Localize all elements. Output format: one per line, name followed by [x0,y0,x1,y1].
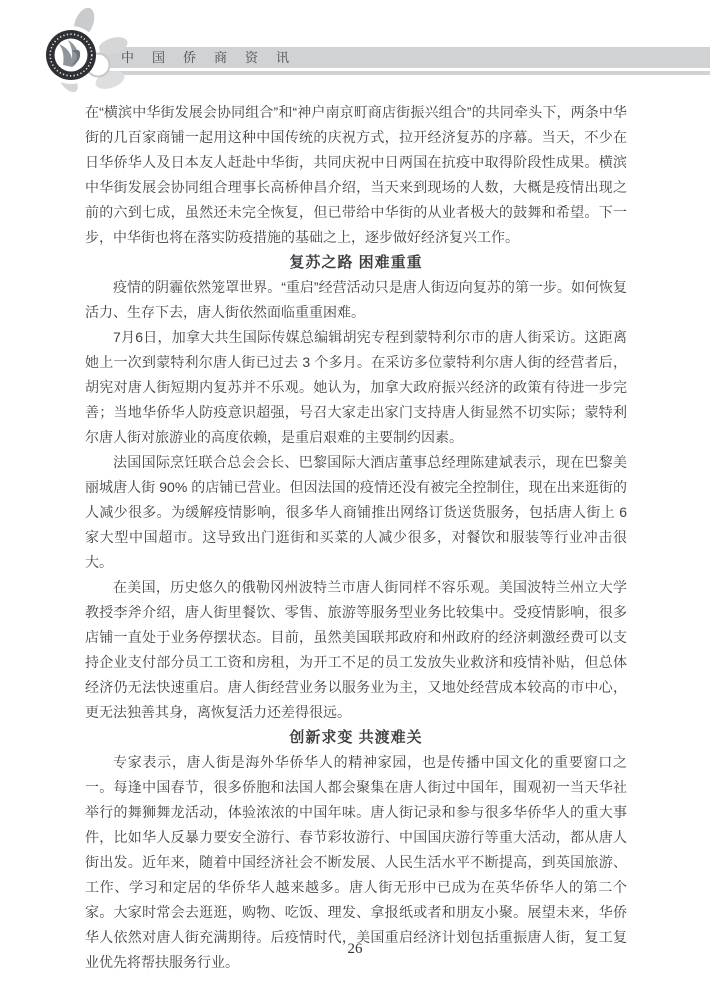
paragraph: 在“横滨中华街发展会协同组合”和“神户南京町商店街振兴组合”的共同牵头下，两条中… [85,100,627,250]
paragraph: 疫情的阴霾依然笼罩世界。“重启”经营活动只是唐人街迈向复苏的第一步。如何恢复活力… [85,275,627,325]
header-band-thin [106,71,710,75]
magazine-page: 中国侨商资讯 在“横滨中华街发展会协同组合”和“神户南京町商店街振兴组合”的共同… [0,0,710,994]
page-number: 26 [0,941,710,958]
badge-emblem-icon [28,4,143,104]
section-heading: 复苏之路 困难重重 [85,250,627,275]
paragraph: 在美国，历史悠久的俄勒冈州波特兰市唐人街同样不容乐观。美国波特兰州立大学教授李斧… [85,575,627,725]
paragraph: 7月6日，加拿大共生国际传媒总编辑胡宪专程到蒙特利尔市的唐人街采访。这距离她上一… [85,325,627,450]
article-body: 在“横滨中华街发展会协同组合”和“神户南京町商店街振兴组合”的共同牵头下，两条中… [85,100,627,975]
paragraph: 法国国际烹饪联合总会会长、巴黎国际大酒店董事总经理陈建斌表示，现在巴黎美丽城唐人… [85,450,627,575]
section-heading: 创新求变 共渡难关 [85,725,627,750]
qiaoshang-logo [28,4,143,104]
header-title: 中国侨商资讯 [121,47,307,68]
